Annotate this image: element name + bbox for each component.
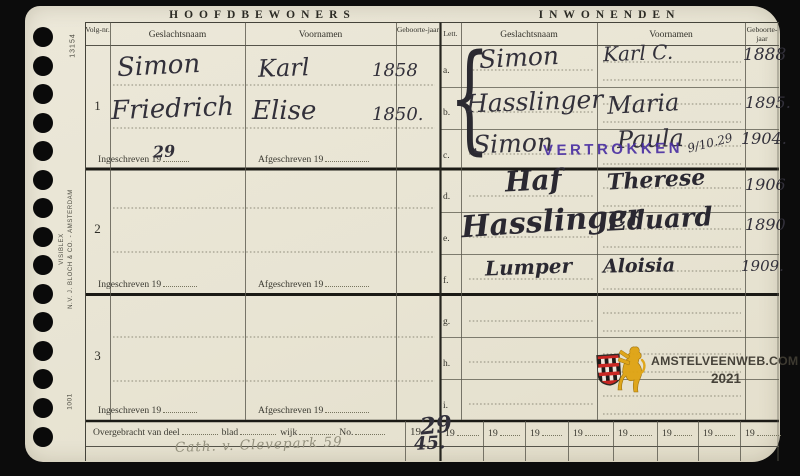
- dotted-leader: [355, 425, 385, 435]
- punch-hole: [33, 84, 53, 104]
- afgeschreven-label: Afgeschreven 19: [258, 152, 369, 165]
- punch-hole: [33, 56, 53, 76]
- printer-imprint: VISIBLEX N.V. J. BLOCH & CO. - AMSTERDAM: [58, 174, 76, 324]
- year-cell: 19: [745, 426, 781, 439]
- group-number: 1: [85, 98, 110, 114]
- year-cell: 19: [530, 426, 562, 439]
- watermark-year: 2021: [651, 371, 800, 386]
- row-letter: h.: [443, 359, 459, 369]
- dotted-leader: [457, 426, 479, 436]
- address-pencil-note: Cath. v. Clevepark 59: [175, 436, 343, 455]
- column-header-firstnames-left: Voornamen: [245, 30, 396, 41]
- inwonende-firstnames: Eduard: [606, 204, 713, 235]
- ingeschreven-label: Ingeschreven 19: [98, 277, 197, 290]
- amstelveenweb-watermark: AMSTELVEENWEB.COM 2021: [595, 342, 800, 402]
- dotted-leader: [325, 403, 369, 413]
- afgeschreven-text: Afgeschreven 19: [258, 405, 323, 416]
- inwonende-birthyear: 1909.: [741, 259, 784, 274]
- column-header-volgnr: Volg-nr.: [84, 26, 111, 35]
- inwonende-firstnames: Karl C.: [603, 42, 674, 64]
- ingeschreven-text: Ingeschreven 19: [98, 405, 161, 416]
- year-cell: 19: [445, 426, 479, 439]
- dotted-leader: [163, 277, 197, 287]
- afgeschreven-label: Afgeschreven 19: [258, 277, 369, 290]
- ingeschreven-text: Ingeschreven 19: [98, 154, 161, 165]
- dotted-leader: [325, 152, 369, 162]
- hoofdbewoner-firstnames: Karl: [258, 55, 310, 81]
- punch-hole: [33, 341, 53, 361]
- hoofdbewoner-birthyear: 1850.: [372, 106, 424, 124]
- afgeschreven-text: Afgeschreven 19: [258, 154, 323, 165]
- year-cell: 19: [618, 426, 652, 439]
- year-cell-text: 19: [573, 428, 583, 439]
- blad-label: blad: [222, 427, 239, 438]
- register-card: 13154 VISIBLEX N.V. J. BLOCH & CO. - AMS…: [25, 6, 780, 462]
- dotted-leader: [674, 426, 692, 436]
- margin-form-number: 1001: [67, 387, 74, 417]
- hoofdbewoner-surname: Simon: [116, 51, 200, 81]
- row-letter: i.: [443, 401, 459, 411]
- dotted-leader: [240, 425, 276, 435]
- hoofdbewoner-firstnames: Elise: [252, 98, 316, 124]
- punch-hole: [33, 369, 53, 389]
- row-letter: d.: [443, 192, 459, 202]
- year-cell-text: 19: [662, 428, 672, 439]
- scan-background: 13154 VISIBLEX N.V. J. BLOCH & CO. - AMS…: [0, 0, 800, 476]
- watermark-site: AMSTELVEENWEB.COM: [651, 354, 800, 368]
- column-header-birthyear-right: Geboorte-jaar: [743, 26, 781, 43]
- year-cell: 19: [703, 426, 735, 439]
- punch-hole: [33, 255, 53, 275]
- punch-hole: [33, 141, 53, 161]
- punch-hole: [33, 284, 53, 304]
- inwonende-birthyear: 1890: [745, 217, 786, 233]
- year-cell-text: 19: [618, 428, 628, 439]
- year-cell: 19: [662, 426, 692, 439]
- inwonende-birthyear: 1904.: [741, 131, 787, 147]
- row-letter: f.: [443, 276, 459, 286]
- lion-icon: [615, 342, 647, 398]
- punch-hole: [33, 170, 53, 190]
- inwonende-firstnames: Aloisia: [603, 256, 675, 276]
- inwonende-surname: Hasslinger: [466, 87, 604, 117]
- punch-hole: [33, 113, 53, 133]
- dotted-leader: [325, 277, 369, 287]
- afgeschreven-label: Afgeschreven 19: [258, 403, 369, 416]
- dotted-leader: [757, 426, 781, 436]
- column-header-birthyear-left: Geboorte-jaar: [396, 26, 440, 35]
- inwonende-firstnames: Maria: [606, 90, 680, 118]
- printer-imprint-company: N.V. J. BLOCH & CO. - AMSTERDAM: [67, 174, 76, 324]
- ingeschreven-label: Ingeschreven 19: [98, 403, 197, 416]
- ingeschreven-year-handwritten: 29: [152, 143, 175, 161]
- watermark-text: AMSTELVEENWEB.COM 2021: [651, 354, 800, 386]
- ingeschreven-text: Ingeschreven 19: [98, 279, 161, 290]
- punch-hole: [33, 312, 53, 332]
- punch-hole: [33, 227, 53, 247]
- year-cell: 19: [488, 426, 520, 439]
- year-cell-text: 19: [703, 428, 713, 439]
- inwonende-surname: Haf: [504, 166, 562, 197]
- inwonende-surname: Lumper: [485, 255, 573, 278]
- row-letter: g.: [443, 317, 459, 327]
- year-cell-text: 19: [530, 428, 540, 439]
- dotted-leader: [715, 426, 735, 436]
- afgeschreven-text: Afgeschreven 19: [258, 279, 323, 290]
- dotted-leader: [163, 403, 197, 413]
- punch-hole: [33, 427, 53, 447]
- transfer-label: Overgebracht van deel: [93, 427, 180, 438]
- year-cell-text: 19: [488, 428, 498, 439]
- inwonende-birthyear: 1906: [745, 177, 786, 193]
- dotted-leader: [542, 426, 562, 436]
- year-cell: 19: [573, 426, 609, 439]
- hoofdbewoner-birthyear: 1858: [372, 62, 418, 80]
- punch-hole: [33, 198, 53, 218]
- inwonende-surname: Simon: [478, 43, 559, 72]
- right-section-title: INWONENDEN: [440, 9, 779, 21]
- inwonende-surname: Simon: [473, 130, 554, 158]
- punch-hole: [33, 398, 53, 418]
- dotted-leader: [500, 426, 520, 436]
- inwonende-firstnames: Therese: [606, 166, 705, 193]
- inwonende-birthyear: 1888: [743, 47, 786, 64]
- dotted-leader: [630, 426, 652, 436]
- row-letter: e.: [443, 234, 459, 244]
- punch-hole: [33, 27, 53, 47]
- group-number: 3: [85, 348, 110, 364]
- vertrokken-stamp: VERTROKKEN: [543, 140, 683, 159]
- margin-serial-number: 13154: [70, 26, 77, 66]
- vertrokken-date: 9/10.29: [686, 132, 734, 155]
- house-number-handwritten: 45.: [414, 434, 446, 454]
- left-section-title: HOOFDBEWONERS: [85, 9, 440, 21]
- column-header-surname-left: Geslachtsnaam: [110, 30, 245, 41]
- year-cell-text: 19: [745, 428, 755, 439]
- group-number: 2: [85, 221, 110, 237]
- printer-imprint-brand: VISIBLEX: [58, 174, 67, 324]
- dotted-leader: [182, 425, 218, 435]
- dotted-leader: [585, 426, 609, 436]
- year-cell-text: 19: [445, 428, 455, 439]
- inwonende-birthyear: 1895.: [745, 95, 791, 111]
- hoofdbewoner-surname: Friedrich: [111, 94, 235, 124]
